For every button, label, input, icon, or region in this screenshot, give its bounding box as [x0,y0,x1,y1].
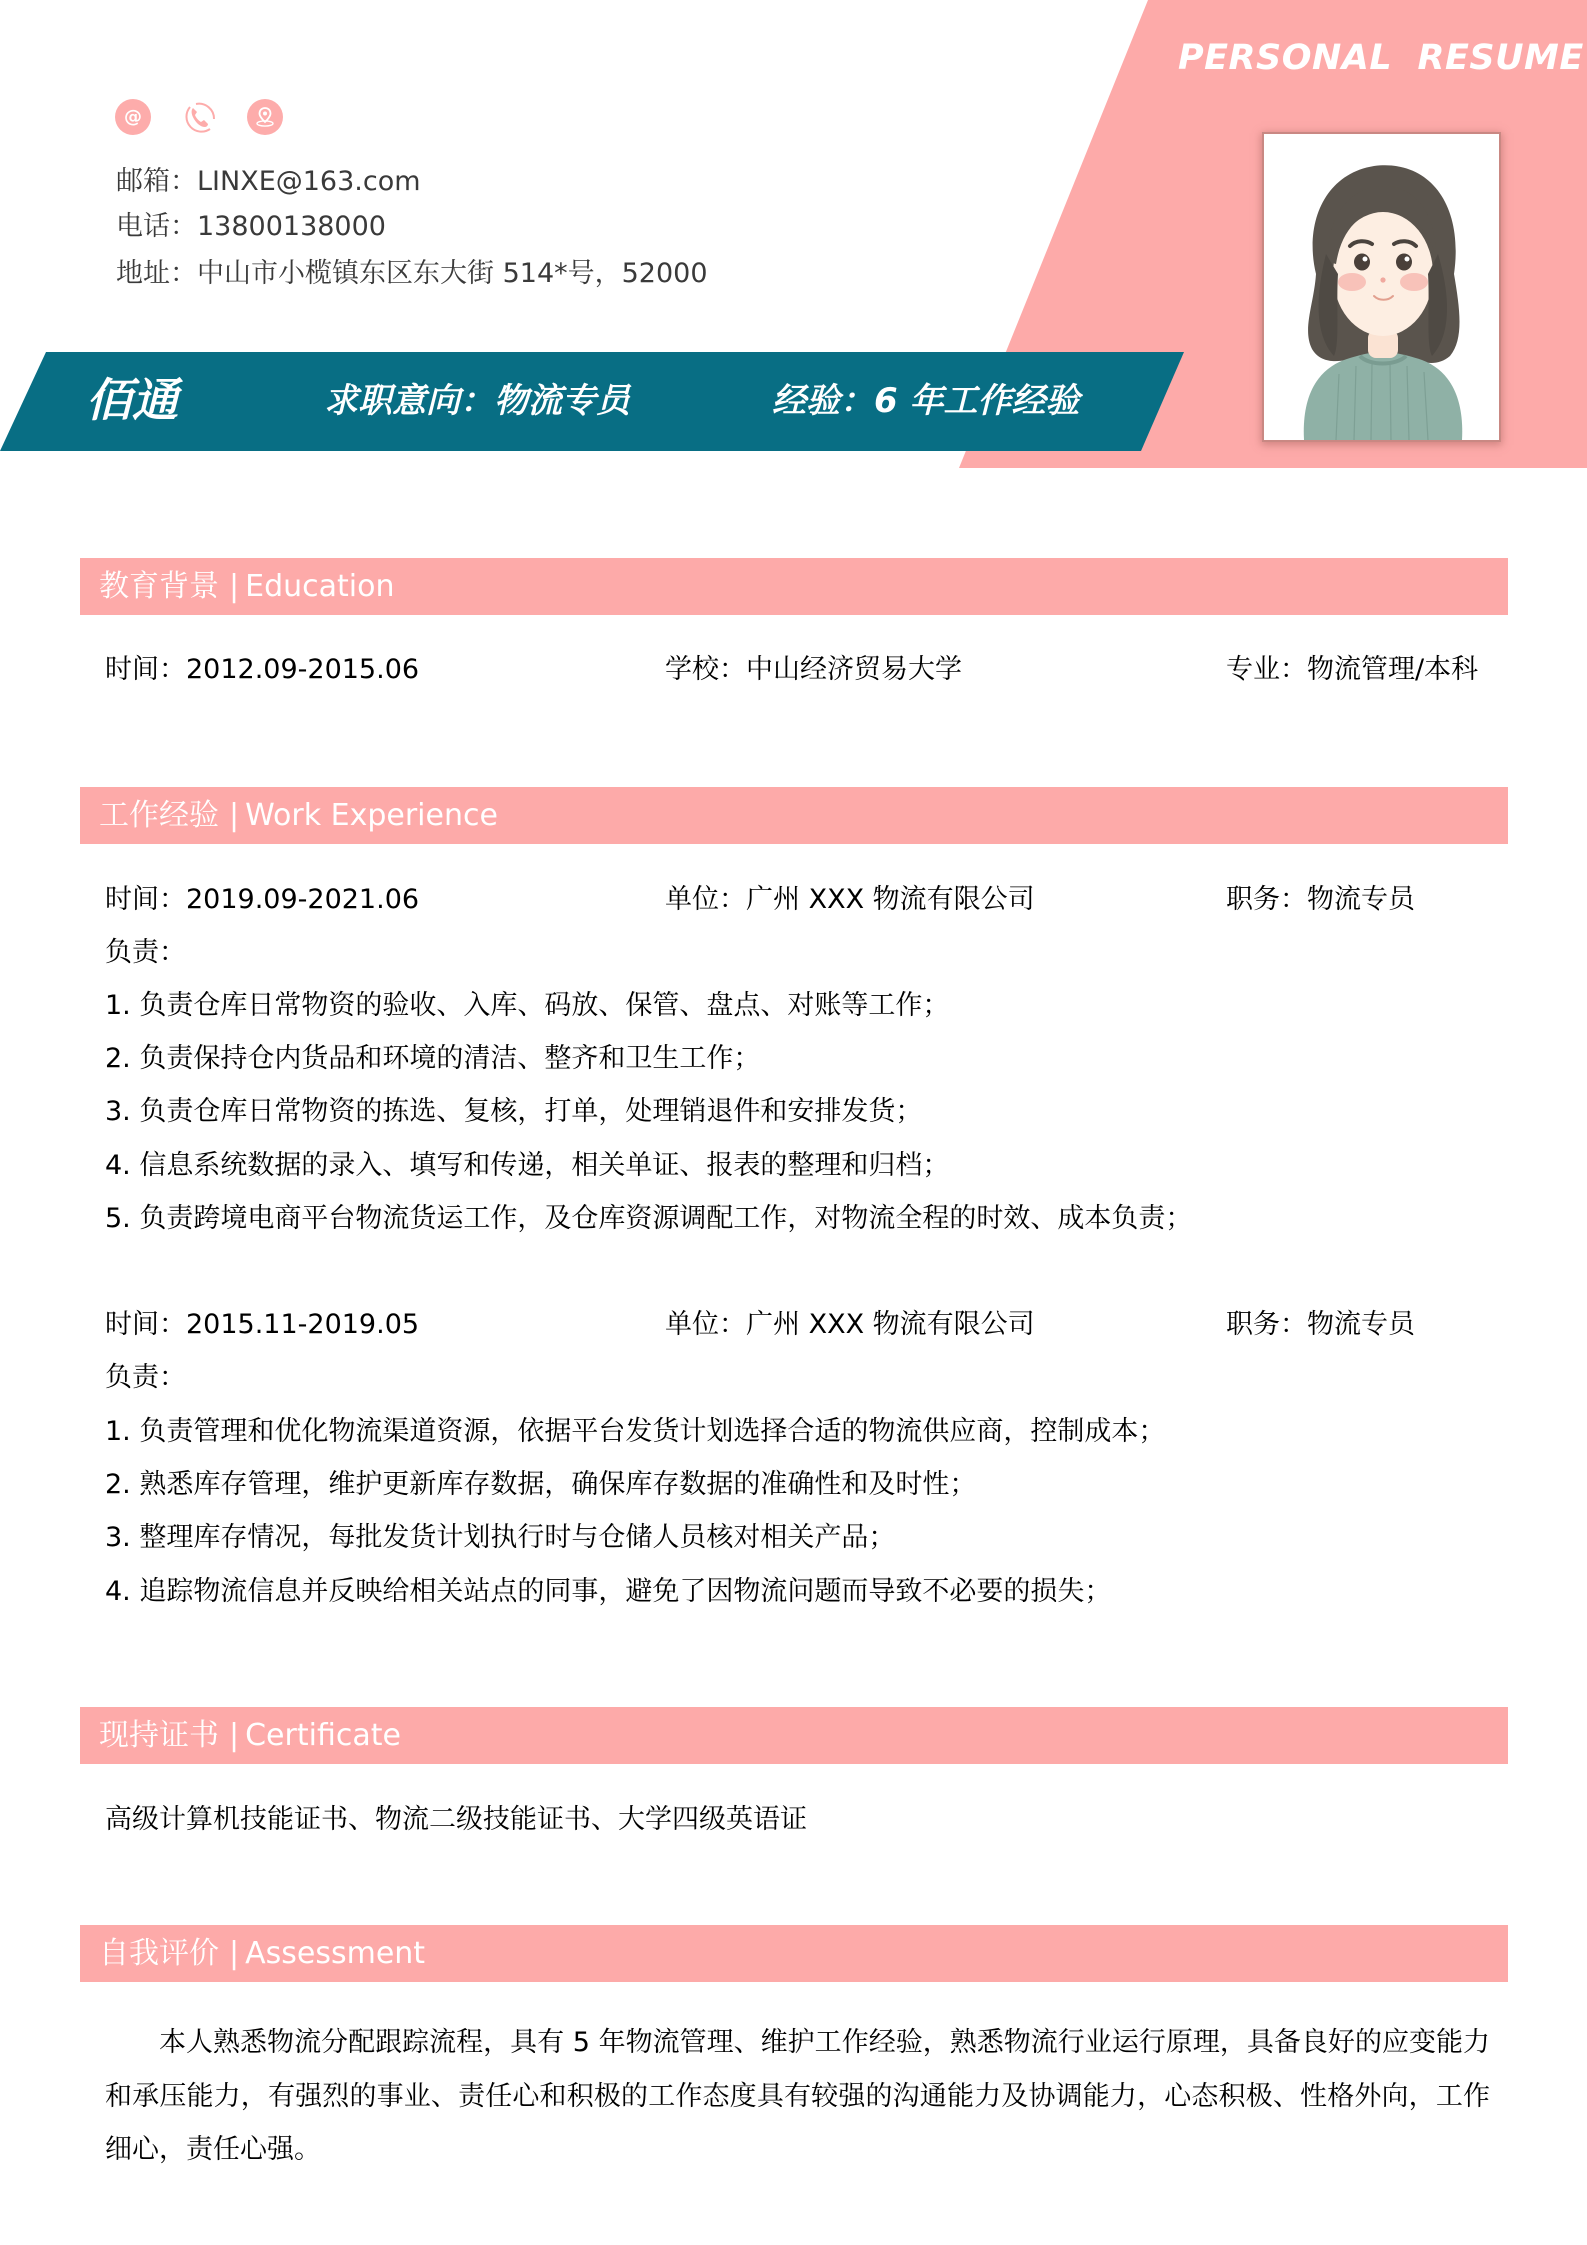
section-title-en: Education [245,569,394,604]
job-duty-item: 4. 追踪物流信息并反映给相关站点的同事，避免了因物流问题而导致不必要的损失； [105,1574,1111,1610]
job-duty-item: 2. 熟悉库存管理，维护更新库存数据，确保库存数据的准确性和及时性； [105,1467,976,1503]
education-major: 专业：物流管理/本科 [1226,652,1478,688]
candidate-name: 佰通 [86,370,178,430]
job-duty-item: 3. 整理库存情况，每批发货计划执行时与仓储人员核对相关产品； [105,1520,895,1556]
section-header-education: 教育背景|Education [80,558,1508,615]
email-icon: @ [115,99,151,135]
job-time: 时间：2019.09-2021.06 [105,882,419,918]
section-header-certificate: 现持证书|Certificate [80,1707,1508,1764]
job-company: 单位：广州 XXX 物流有限公司 [665,882,1035,918]
profile-photo [1264,134,1499,440]
section-title-cn: 工作经验 [99,798,219,833]
job-duties-label: 负责： [105,935,186,971]
contact-email: 邮箱：LINXE@163.com [116,165,421,199]
location-icon [247,99,283,135]
job-duties-label: 负责： [105,1360,186,1396]
job-company: 单位：广州 XXX 物流有限公司 [665,1307,1035,1343]
section-title-cn: 自我评价 [99,1936,219,1971]
avatar-illustration [1264,134,1499,440]
section-title-cn: 教育背景 [99,569,219,604]
section-title-en: Certificate [245,1718,401,1753]
section-title-en: Work Experience [245,798,498,833]
section-separator: | [219,1718,245,1753]
section-header-assessment: 自我评价|Assessment [80,1925,1508,1982]
self-assessment-text: 本人熟悉物流分配跟踪流程，具有 5 年物流管理、维护工作经验，熟悉物流行业运行原… [105,2016,1490,2177]
section-title-en: Assessment [245,1936,425,1971]
section-header-work: 工作经验|Work Experience [80,787,1508,844]
job-duty-item: 5. 负责跨境电商平台物流货运工作，及仓库资源调配工作，对物流全程的时效、成本负… [105,1201,1192,1237]
job-time: 时间：2015.11-2019.05 [105,1307,419,1343]
job-duty-item: 1. 负责仓库日常物资的验收、入库、码放、保管、盘点、对账等工作； [105,988,949,1024]
education-school: 学校：中山经济贸易大学 [665,652,962,688]
section-title-cn: 现持证书 [99,1718,219,1753]
svg-text:@: @ [124,107,142,128]
job-duty-item: 1. 负责管理和优化物流渠道资源，依据平台发货计划选择合适的物流供应商，控制成本… [105,1414,1165,1450]
contact-address: 地址：中山市小榄镇东区东大街 514*号，52000 [116,257,708,291]
phone-icon [182,99,218,135]
education-time: 时间：2012.09-2015.06 [105,652,419,688]
experience-years: 经验：6 年工作经验 [772,378,1080,424]
contact-phone: 电话：13800138000 [116,210,386,244]
section-separator: | [219,1936,245,1971]
job-duty-item: 3. 负责仓库日常物资的拣选、复核，打单，处理销退件和安排发货； [105,1094,922,1130]
section-separator: | [219,569,245,604]
job-intent: 求职意向：物流专员 [324,378,630,424]
section-separator: | [219,798,245,833]
job-duty-item: 4. 信息系统数据的录入、填写和传递，相关单证、报表的整理和归档； [105,1148,949,1184]
job-position: 职务：物流专员 [1226,1307,1415,1343]
resume-title: PERSONAL RESUME [1178,38,1584,78]
certificate-list: 高级计算机技能证书、物流二级技能证书、大学四级英语证 [105,1802,807,1838]
job-position: 职务：物流专员 [1226,882,1415,918]
job-duty-item: 2. 负责保持仓内货品和环境的清洁、整齐和卫生工作； [105,1041,760,1077]
